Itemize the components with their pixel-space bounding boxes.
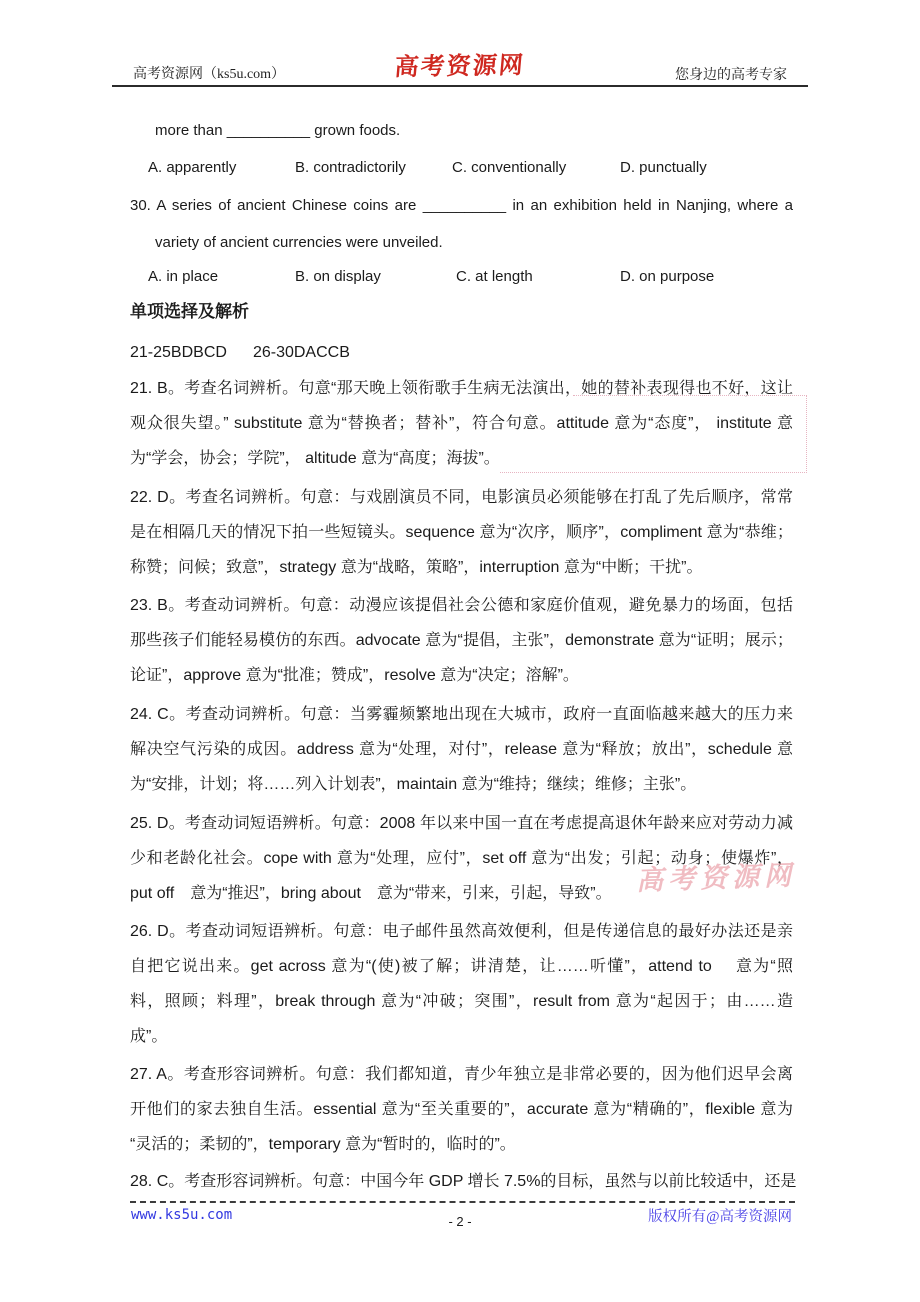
question-29-option-c: C. conventionally [452,157,566,179]
question-30-option-c: C. at length [456,266,533,288]
answer-key-21-25: 21-25BDBCD [130,341,227,364]
answer-keys: 21-25BDBCD26-30DACCB [130,341,793,364]
watermark-text: 高考资源网 [635,853,796,898]
explanation-27-line-1: 27. A。考查形容词辨析。句意：我们都知道，青少年独立是非常必要的，因为他们迟… [130,1063,793,1086]
site-logo: 高考资源网 [393,45,526,82]
explanation-24-line-1: 24. C。考查动词辨析。句意：当雾霾频繁地出现在大城市，政府一直面临越来越大的… [130,703,793,726]
explanation-27-line-3: “灵活的；柔韧的”，temporary 意为“暂时的，临时的”。 [130,1133,793,1156]
explanation-23-line-1: 23. B。考查动词辨析。句意：动漫应该提倡社会公德和家庭价值观，避免暴力的场面… [130,594,793,617]
explanation-23-line-3: 论证”，approve 意为“批准；赞成”，resolve 意为“决定；溶解”。 [130,664,793,687]
revision-dotted-line [806,395,807,473]
explanation-22-line-2: 是在相隔几天的情况下拍一些短镜头。sequence 意为“次序，顺序”，comp… [130,521,793,544]
explanation-26-line-3: 料，照顾；料理”，break through 意为“冲破；突围”，result … [130,990,793,1013]
explanation-21-line-3: 为“学会，协会；学院”， altitude 意为“高度；海拔”。 [130,447,793,470]
explanation-21-line-2: 观众很失望。” substitute 意为“替换者；替补”，符合句意。attit… [130,412,793,435]
header-site-name: 高考资源网（ks5u.com） [133,63,285,83]
question-29-option-a: A. apparently [148,157,236,179]
explanation-25-line-1: 25. D。考查动词短语辨析。句意：2008 年以来中国一直在考虑提高退休年龄来… [130,812,793,835]
question-30-stem-line-2: variety of ancient currencies were unvei… [155,231,793,254]
document-page: 高考资源网（ks5u.com） 高考资源网 您身边的高考专家 more than… [0,0,920,1302]
answers-section-heading: 单项选择及解析 [130,300,793,323]
revision-dotted-line [500,472,807,473]
explanation-24-line-2: 解决空气污染的成因。address 意为“处理，对付”，release 意为“释… [130,738,793,761]
revision-dotted-line [573,395,807,396]
explanation-22-line-1: 22. D。考查名词辨析。句意：与戏剧演员不同，电影演员必须能够在打乱了先后顺序… [130,486,793,509]
footer-rule [130,1201,795,1203]
explanation-26-line-1: 26. D。考查动词短语辨析。句意：电子邮件虽然高效便利，但是传递信息的最好办法… [130,920,793,943]
explanation-21-line-1: 21. B。考查名词辨析。句意“那天晚上领衔歌手生病无法演出，她的替补表现得也不… [130,377,793,400]
header-rule [112,85,808,87]
header-tagline: 您身边的高考专家 [675,64,787,84]
footer-site-link[interactable]: www.ks5u.com [131,1207,232,1223]
explanation-22-line-3: 称赞；问候；致意”，strategy 意为“战略，策略”，interruptio… [130,556,793,579]
explanation-26-line-2: 自把它说出来。get across 意为“(使)被了解；讲清楚，让……听懂”，a… [130,955,793,978]
question-29-option-b: B. contradictorily [295,157,406,179]
question-29-option-d: D. punctually [620,157,707,179]
question-30-option-b: B. on display [295,266,381,288]
explanation-27-line-2: 开他们的家去独自生活。essential 意为“至关重要的”，accurate … [130,1098,793,1121]
explanation-28-line-1: 28. C。考查形容词辨析。句意：中国今年 GDP 增长 7.5%的目标，虽然与… [130,1170,793,1193]
question-30-option-a: A. in place [148,266,218,288]
explanation-24-line-3: 为“安排，计划；将……列入计划表”，maintain 意为“维持；继续；维修；主… [130,773,793,796]
explanation-26-line-4: 成”。 [130,1025,793,1048]
copyright-text: 版权所有@高考资源网 [648,1205,792,1226]
question-30-option-d: D. on purpose [620,266,714,288]
question-29-stem-tail: more than __________ grown foods. [155,119,793,142]
answer-key-26-30: 26-30DACCB [253,341,350,364]
explanation-23-line-2: 那些孩子们能轻易模仿的东西。advocate 意为“提倡，主张”，demonst… [130,629,793,652]
page-number: - 2 - [448,1214,471,1229]
question-30-stem-line-1: 30. A series of ancient Chinese coins ar… [130,194,793,217]
